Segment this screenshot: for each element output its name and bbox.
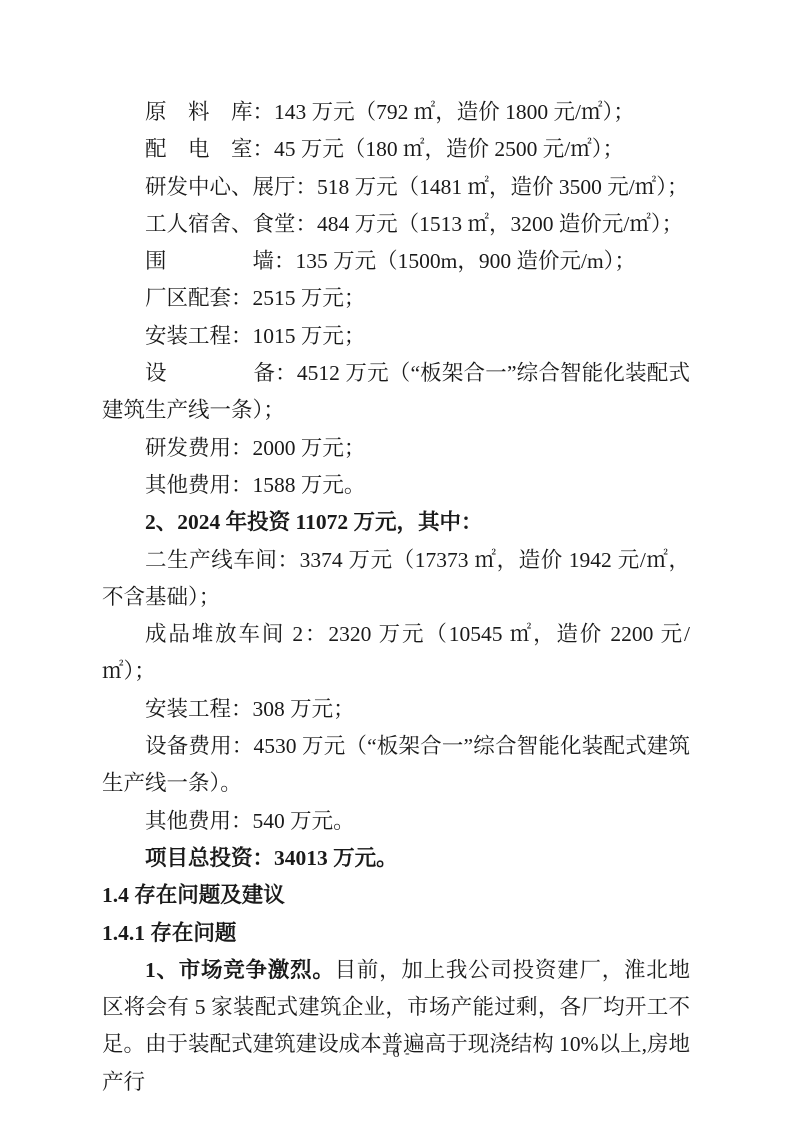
cost-item-installation-works-2024: 安装工程：308 万元； [102,691,690,728]
cost-item-worker-dormitory-canteen: 工人宿舍、食堂：484 万元（1513 ㎡，3200 造价元/㎡）； [102,206,690,243]
cost-item-power-distribution-room: 配 电 室：45 万元（180 ㎡，造价 2500 元/㎡）； [102,131,690,168]
document-page: 原 料 库：143 万元（792 ㎡，造价 1800 元/㎡）； 配 电 室：4… [0,0,793,1122]
cost-item-finished-product-workshop-2: 成品堆放车间 2：2320 万元（10545 ㎡，造价 2200 元/㎡）； [102,616,690,691]
subsection-heading-1-4-1: 1.4.1 存在问题 [102,915,690,952]
problem-lead-bold: 1、市场竞争激烈。 [145,958,335,982]
investment-2024-heading: 2、2024 年投资 11072 万元，其中： [102,504,690,541]
cost-item-rd-expense: 研发费用：2000 万元； [102,430,690,467]
problem-paragraph: 1、市场竞争激烈。目前，加上我公司投资建厂，淮北地区将会有 5 家装配式建筑企业… [102,952,690,1101]
cost-item-raw-material-warehouse: 原 料 库：143 万元（792 ㎡，造价 1800 元/㎡）； [102,94,690,131]
page-number: - 6 - [0,1044,793,1064]
cost-item-equipment-expense-2024: 设备费用：4530 万元（“板架合一”综合智能化装配式建筑生产线一条）。 [102,728,690,803]
page-body: 原 料 库：143 万元（792 ㎡，造价 1800 元/㎡）； 配 电 室：4… [102,94,690,1101]
cost-item-other-expense-2023: 其他费用：1588 万元。 [102,467,690,504]
cost-item-rd-center-exhibition-hall: 研发中心、展厅：518 万元（1481 ㎡，造价 3500 元/㎡）； [102,169,690,206]
cost-item-other-expense-2024: 其他费用：540 万元。 [102,803,690,840]
section-heading-1-4: 1.4 存在问题及建议 [102,877,690,914]
cost-item-factory-supporting: 厂区配套：2515 万元； [102,280,690,317]
cost-item-enclosure-wall: 围 墙：135 万元（1500m，900 造价元/m）； [102,243,690,280]
total-investment-line: 项目总投资：34013 万元。 [102,840,690,877]
cost-item-second-production-line-workshop: 二生产线车间：3374 万元（17373 ㎡，造价 1942 元/㎡，不含基础）… [102,542,690,617]
cost-item-installation-works-2023: 安装工程：1015 万元； [102,318,690,355]
cost-item-equipment-2023: 设 备：4512 万元（“板架合一”综合智能化装配式建筑生产线一条）； [102,355,690,430]
